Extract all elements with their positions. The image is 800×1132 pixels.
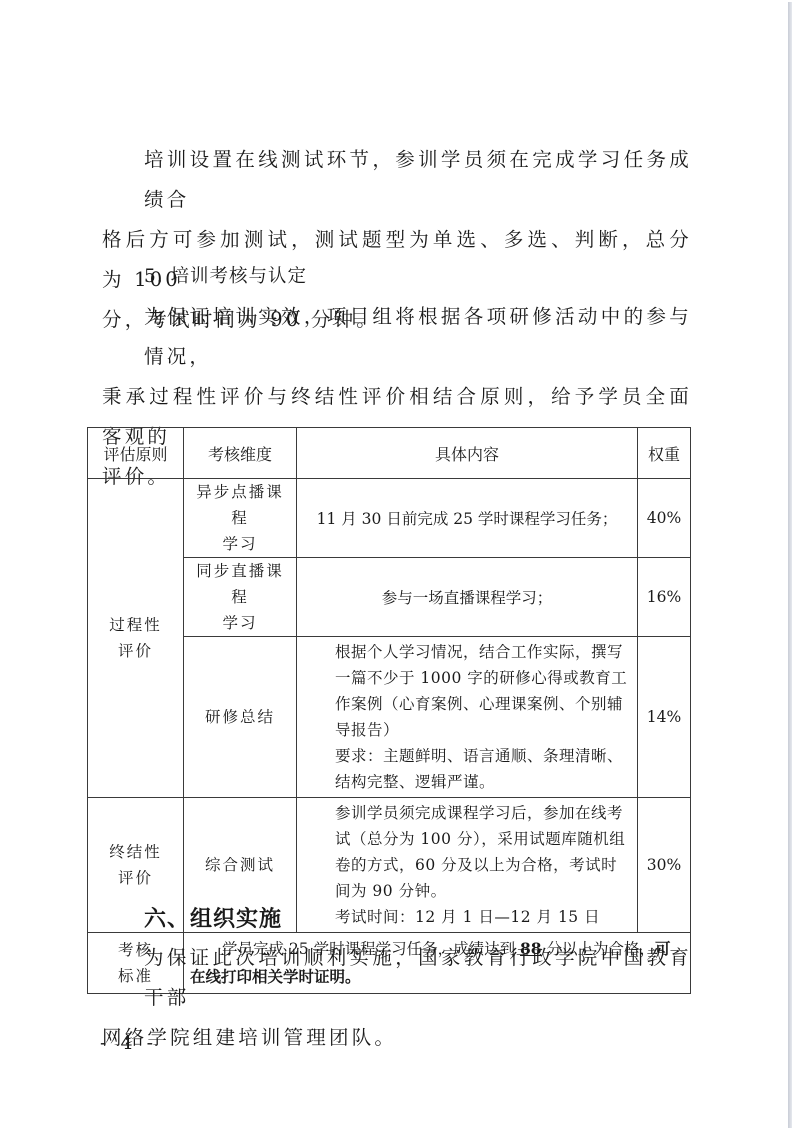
cell-text: 过程性 bbox=[94, 612, 177, 638]
header-weight: 权重 bbox=[638, 428, 691, 479]
text-line: 网络学院组建培训管理团队。 bbox=[102, 1018, 692, 1058]
dimension-cell: 同步直播课程 学习 bbox=[184, 558, 297, 637]
text-line: 为保证此次培训顺利实施，国家教育行政学院中国教育干部 bbox=[102, 938, 692, 1018]
table-header-row: 评估原则 考核维度 具体内容 权重 bbox=[88, 428, 691, 479]
cell-text: 终结性 bbox=[94, 839, 177, 865]
content-cell: 参与一场直播课程学习； bbox=[297, 558, 638, 637]
content-cell: 11 月 30 日前完成 25 学时课程学习任务； bbox=[297, 479, 638, 558]
header-dimension: 考核维度 bbox=[184, 428, 297, 479]
weight-cell: 16% bbox=[638, 558, 691, 637]
cell-text: 考试时间：12 月 1 日—12 月 15 日 bbox=[303, 904, 631, 930]
dimension-cell: 异步点播课程 学习 bbox=[184, 479, 297, 558]
text-line: 为保证培训实效，项目组将根据各项研修活动中的参与情况， bbox=[102, 297, 692, 377]
cell-text: 学习 bbox=[190, 610, 290, 636]
section-6-paragraph: 为保证此次培训顺利实施，国家教育行政学院中国教育干部 网络学院组建培训管理团队。 bbox=[102, 938, 692, 1058]
cell-text: 参训学员须完成课程学习后，参加在线考试（总分为 100 分），采用试题库随机组卷… bbox=[303, 800, 631, 904]
scan-edge-strip bbox=[788, 2, 792, 1128]
cell-text: 要求：主题鲜明、语言通顺、条理清晰、结构完整、逻辑严谨。 bbox=[303, 743, 631, 795]
cell-text: 根据个人学习情况，结合工作实际，撰写一篇不少于 1000 字的研修心得或教育工作… bbox=[303, 639, 631, 743]
content-cell: 根据个人学习情况，结合工作实际，撰写一篇不少于 1000 字的研修心得或教育工作… bbox=[297, 637, 638, 798]
text-line: 格后方可参加测试，测试题型为单选、多选、判断，总分为 100 bbox=[102, 220, 692, 300]
cell-text: 评价 bbox=[94, 865, 177, 891]
principle-process: 过程性 评价 bbox=[88, 479, 184, 798]
cell-text: 异步点播课程 bbox=[190, 479, 290, 531]
weight-cell: 30% bbox=[638, 798, 691, 933]
cell-text: 评价 bbox=[94, 638, 177, 664]
header-principle: 评估原则 bbox=[88, 428, 184, 479]
table-row: 过程性 评价 异步点播课程 学习 11 月 30 日前完成 25 学时课程学习任… bbox=[88, 479, 691, 558]
section-6-heading: 六、组织实施 bbox=[144, 902, 282, 933]
section-5-heading: 5. 培训考核与认定 bbox=[144, 262, 307, 288]
text-line: 培训设置在线测试环节，参训学员须在完成学习任务成绩合 bbox=[102, 140, 692, 220]
weight-cell: 40% bbox=[638, 479, 691, 558]
cell-text: 同步直播课程 bbox=[190, 558, 290, 610]
cell-text: 学习 bbox=[190, 531, 290, 557]
content-cell: 参训学员须完成课程学习后，参加在线考试（总分为 100 分），采用试题库随机组卷… bbox=[297, 798, 638, 933]
header-content: 具体内容 bbox=[297, 428, 638, 479]
weight-cell: 14% bbox=[638, 637, 691, 798]
page-number: - 4 - bbox=[100, 1032, 157, 1054]
dimension-cell: 研修总结 bbox=[184, 637, 297, 798]
